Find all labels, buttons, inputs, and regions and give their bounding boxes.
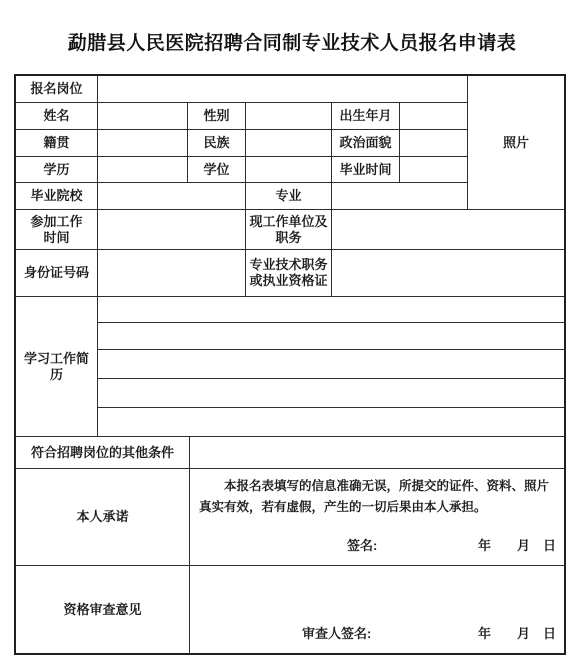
ethnicity-label: 民族: [203, 135, 229, 151]
resume-line-5[interactable]: [98, 408, 564, 437]
application-form-page: 勐腊县人民医院招聘合同制专业技术人员报名申请表 报名岗位 照片 姓名 性别 出生…: [0, 0, 584, 670]
professional-cert-field[interactable]: [332, 250, 564, 297]
current-employer-field[interactable]: [332, 210, 564, 250]
reviewer-signature-label: 审查人签名:: [302, 623, 371, 642]
ethnicity-field[interactable]: [246, 130, 332, 157]
photo-label: 照片: [503, 135, 529, 151]
graduation-time-label: 毕业时间: [339, 162, 391, 178]
photo-cell[interactable]: 照片: [468, 76, 564, 210]
native-place-field[interactable]: [98, 130, 188, 157]
name-label: 姓名: [43, 108, 69, 124]
political-status-label: 政治面貌: [339, 135, 391, 151]
review-cell[interactable]: 审查人签名: 年 月 日: [190, 566, 564, 653]
current-employer-label: 现工作单位及 职务: [249, 214, 327, 246]
review-label: 资格审查意见: [63, 602, 141, 618]
application-form-table: 报名岗位 照片 姓名 性别 出生年月 籍贯 民族 政治面貌 学历 学位 毕业时间…: [14, 74, 566, 655]
commitment-signature-row: 签名: 年 月 日: [190, 535, 564, 552]
graduation-school-field[interactable]: [98, 183, 246, 210]
id-number-label: 身份证号码: [24, 265, 89, 281]
professional-cert-label: 专业技术职务 或执业资格证: [249, 257, 327, 289]
resume-line-4[interactable]: [98, 379, 564, 408]
native-place-label: 籍贯: [43, 135, 69, 151]
work-start-time-label: 参加工作 时间: [30, 214, 82, 246]
education-label: 学历: [43, 162, 69, 178]
major-field[interactable]: [332, 183, 468, 210]
commitment-text: 本报名表填写的信息准确无误，所提交的证件、资料、照片真实有效，若有虚假，产生的一…: [199, 476, 557, 518]
major-label: 专业: [275, 188, 301, 204]
commitment-date-label: 年 月 日: [478, 535, 556, 554]
gender-label: 性别: [203, 108, 229, 124]
education-field[interactable]: [98, 157, 188, 183]
commitment-cell: 本报名表填写的信息准确无误，所提交的证件、资料、照片真实有效，若有虚假，产生的一…: [190, 469, 564, 566]
resume-line-2[interactable]: [98, 323, 564, 350]
form-title: 勐腊县人民医院招聘合同制专业技术人员报名申请表: [0, 28, 584, 55]
signature-label: 签名:: [347, 535, 377, 554]
commitment-label: 本人承诺: [76, 509, 128, 525]
other-conditions-field[interactable]: [190, 437, 564, 469]
graduation-time-field[interactable]: [400, 157, 468, 183]
degree-field[interactable]: [246, 157, 332, 183]
resume-line-1[interactable]: [98, 297, 564, 323]
graduation-school-label: 毕业院校: [30, 188, 82, 204]
political-status-field[interactable]: [400, 130, 468, 157]
position-label: 报名岗位: [30, 81, 82, 97]
review-date-label: 年 月 日: [478, 623, 556, 642]
birth-date-field[interactable]: [400, 103, 468, 130]
resume-line-3[interactable]: [98, 350, 564, 379]
name-field[interactable]: [98, 103, 188, 130]
id-number-field[interactable]: [98, 250, 246, 297]
gender-field[interactable]: [246, 103, 332, 130]
birth-date-label: 出生年月: [339, 108, 391, 124]
other-conditions-label: 符合招聘岗位的其他条件: [31, 445, 174, 461]
degree-label: 学位: [203, 162, 229, 178]
resume-label: 学习工作简 历: [24, 351, 89, 383]
review-signature-row: 审查人签名: 年 月 日: [190, 623, 564, 640]
work-start-time-field[interactable]: [98, 210, 246, 250]
position-field[interactable]: [98, 76, 468, 103]
